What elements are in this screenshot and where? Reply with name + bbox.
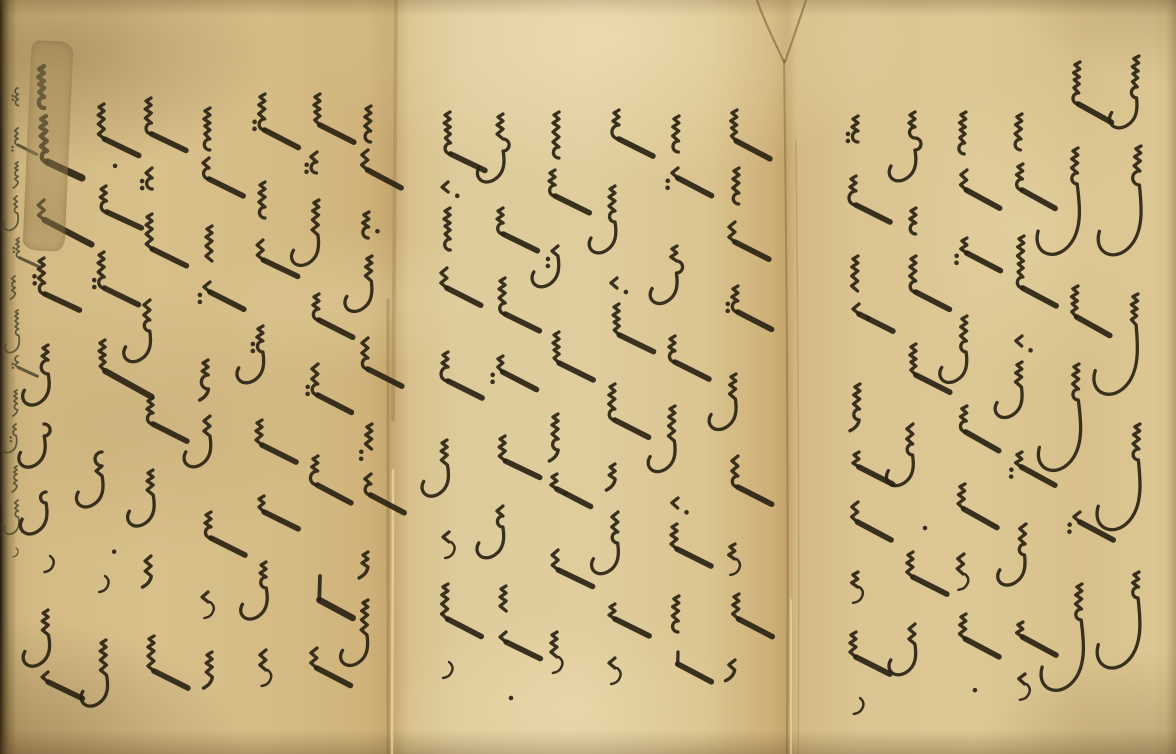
script-word bbox=[671, 524, 711, 566]
script-word bbox=[443, 532, 455, 558]
script-word bbox=[1015, 336, 1033, 353]
script-column bbox=[995, 114, 1058, 700]
script-word bbox=[730, 110, 771, 159]
script-word bbox=[203, 158, 243, 196]
script-word bbox=[443, 662, 453, 678]
script-word bbox=[13, 548, 18, 557]
script-word bbox=[105, 548, 116, 555]
manuscript-photo bbox=[0, 0, 1176, 754]
script-word bbox=[672, 116, 679, 152]
script-column bbox=[886, 112, 950, 675]
script-word bbox=[553, 112, 559, 158]
script-word bbox=[203, 652, 213, 688]
script-word bbox=[4, 310, 20, 353]
script-word bbox=[4, 500, 19, 534]
script-word bbox=[310, 648, 351, 686]
fold2-main bbox=[784, 60, 788, 754]
fold1-dark-flank bbox=[388, 300, 389, 754]
fold2-parallel bbox=[796, 140, 799, 754]
script-word bbox=[1096, 422, 1143, 531]
script-word bbox=[940, 315, 968, 383]
script-word bbox=[260, 650, 272, 686]
script-word bbox=[359, 424, 372, 462]
script-word bbox=[259, 496, 298, 529]
script-word bbox=[444, 111, 485, 171]
script-column bbox=[589, 110, 653, 684]
script-word bbox=[441, 268, 481, 305]
script-column bbox=[940, 112, 1001, 693]
script-word bbox=[553, 332, 593, 380]
script-column bbox=[76, 104, 151, 707]
fold1-ridge-light bbox=[392, 470, 393, 754]
script-word bbox=[889, 624, 916, 675]
script-word bbox=[256, 420, 296, 462]
script-word bbox=[1018, 674, 1031, 700]
script-word bbox=[725, 286, 772, 329]
script-word bbox=[147, 398, 187, 441]
script-word bbox=[11, 355, 37, 377]
fold2-fork-left bbox=[757, 0, 784, 62]
script-column bbox=[1093, 55, 1144, 669]
script-word bbox=[957, 484, 999, 528]
script-word bbox=[910, 344, 950, 392]
script-word bbox=[304, 152, 317, 175]
fold2-fork-right bbox=[785, 0, 806, 62]
script-word bbox=[591, 512, 618, 574]
script-word bbox=[1015, 164, 1057, 209]
script-word bbox=[441, 352, 482, 398]
script-word bbox=[42, 671, 82, 699]
script-word bbox=[850, 384, 860, 431]
panel-right bbox=[846, 55, 1144, 715]
script-word bbox=[669, 336, 709, 379]
script-column bbox=[291, 94, 354, 686]
script-word bbox=[305, 364, 352, 413]
script-word bbox=[252, 94, 299, 148]
script-word bbox=[671, 498, 689, 515]
script-column bbox=[124, 97, 188, 688]
script-word bbox=[80, 640, 108, 706]
panel-middle bbox=[421, 110, 773, 700]
script-word bbox=[1016, 622, 1057, 655]
script-word bbox=[441, 584, 482, 637]
script-word bbox=[198, 282, 244, 309]
script-word bbox=[2, 424, 17, 453]
script-word bbox=[499, 435, 540, 478]
script-word bbox=[612, 110, 653, 156]
script-word bbox=[956, 554, 969, 591]
script-word bbox=[500, 586, 506, 611]
script-word bbox=[966, 686, 977, 692]
script-word bbox=[205, 512, 245, 555]
script-word bbox=[609, 658, 621, 684]
script-word bbox=[954, 238, 1001, 271]
script-word bbox=[1067, 512, 1114, 540]
script-word bbox=[907, 552, 947, 594]
script-word bbox=[18, 424, 51, 467]
script-word bbox=[92, 252, 139, 305]
script-word bbox=[442, 182, 460, 199]
script-word bbox=[551, 474, 591, 507]
script-word bbox=[497, 208, 537, 251]
script-column bbox=[846, 116, 893, 714]
script-word bbox=[206, 226, 212, 261]
script-word bbox=[551, 632, 563, 673]
script-word bbox=[314, 94, 354, 142]
script-word bbox=[3, 196, 19, 231]
script-word bbox=[916, 524, 927, 530]
script-word bbox=[106, 162, 117, 168]
script-word bbox=[148, 636, 188, 688]
script-word bbox=[11, 88, 18, 106]
script-word bbox=[499, 278, 539, 331]
script-word bbox=[725, 660, 735, 681]
script-word bbox=[732, 594, 773, 637]
script-word bbox=[490, 356, 537, 390]
script-word bbox=[959, 614, 1000, 657]
script-word bbox=[1041, 583, 1085, 691]
script-word bbox=[851, 572, 864, 603]
script-word bbox=[364, 474, 405, 513]
script-column bbox=[1037, 62, 1114, 691]
script-word bbox=[995, 361, 1023, 417]
script-word bbox=[589, 186, 616, 253]
script-word bbox=[100, 185, 141, 229]
script-word bbox=[886, 424, 914, 486]
script-word bbox=[613, 304, 654, 352]
script-word bbox=[850, 632, 890, 674]
script-word bbox=[444, 208, 450, 250]
script-word bbox=[1093, 292, 1141, 396]
script-column bbox=[237, 94, 299, 686]
script-word bbox=[552, 549, 593, 587]
script-word bbox=[199, 360, 209, 400]
script-column bbox=[184, 108, 245, 688]
script-word bbox=[98, 104, 139, 157]
script-word bbox=[44, 556, 54, 572]
script-word bbox=[340, 599, 368, 666]
script-word bbox=[606, 464, 615, 490]
script-word bbox=[733, 168, 739, 204]
script-word bbox=[709, 373, 737, 429]
script-word bbox=[910, 208, 916, 234]
script-word bbox=[12, 466, 17, 492]
script-word bbox=[1014, 114, 1022, 150]
script-word bbox=[240, 562, 267, 619]
script-word bbox=[1109, 55, 1140, 129]
script-word bbox=[650, 245, 683, 304]
script-word bbox=[12, 390, 18, 416]
script-word bbox=[421, 440, 449, 496]
script-word bbox=[362, 212, 380, 239]
script-word bbox=[362, 338, 402, 386]
script-word bbox=[310, 456, 352, 503]
script-word bbox=[1070, 286, 1112, 336]
script-word bbox=[728, 544, 740, 575]
script-word bbox=[204, 108, 210, 150]
fold1-upper-soft bbox=[393, 0, 396, 420]
script-word bbox=[889, 112, 921, 181]
script-word bbox=[500, 632, 540, 659]
script-word bbox=[237, 326, 264, 383]
script-word bbox=[202, 592, 214, 618]
script-word bbox=[76, 452, 103, 507]
script-column bbox=[709, 110, 773, 681]
script-word bbox=[291, 199, 320, 266]
script-word bbox=[853, 304, 893, 331]
script-word bbox=[609, 604, 649, 636]
script-word bbox=[909, 256, 950, 309]
script-word bbox=[13, 162, 18, 188]
script-word bbox=[1097, 571, 1142, 669]
script-word bbox=[145, 97, 186, 151]
script-word bbox=[140, 168, 152, 190]
script-word bbox=[319, 576, 354, 618]
script-word bbox=[99, 576, 109, 592]
script-word bbox=[345, 255, 373, 312]
script-word bbox=[359, 552, 368, 578]
script-overlay bbox=[0, 0, 1176, 754]
script-word bbox=[502, 694, 513, 700]
script-word bbox=[22, 610, 50, 666]
script-word bbox=[648, 406, 676, 472]
script-word bbox=[849, 176, 890, 222]
script-word bbox=[672, 596, 679, 632]
script-word bbox=[1072, 62, 1114, 123]
script-word bbox=[10, 276, 15, 299]
script-column bbox=[477, 114, 540, 700]
script-column bbox=[421, 111, 485, 678]
script-word bbox=[1098, 144, 1144, 256]
script-word bbox=[851, 502, 892, 540]
script-word bbox=[997, 523, 1027, 586]
script-word bbox=[127, 470, 154, 526]
script-word bbox=[854, 698, 864, 714]
script-word bbox=[549, 170, 589, 213]
script-word bbox=[1038, 363, 1082, 471]
script-word bbox=[142, 556, 151, 587]
script-word bbox=[549, 414, 558, 461]
script-word bbox=[960, 170, 1001, 208]
script-word bbox=[365, 106, 371, 142]
script-word bbox=[259, 182, 265, 218]
script-column bbox=[648, 116, 712, 682]
script-word bbox=[146, 214, 186, 266]
script-word bbox=[477, 506, 504, 558]
script-word bbox=[20, 492, 47, 534]
script-word bbox=[609, 384, 649, 437]
script-column bbox=[532, 112, 593, 673]
script-word bbox=[852, 256, 858, 291]
script-word bbox=[729, 222, 769, 259]
script-word bbox=[958, 112, 966, 154]
script-word bbox=[846, 116, 858, 143]
script-word bbox=[677, 652, 712, 682]
script-word bbox=[611, 278, 628, 294]
script-word bbox=[124, 300, 151, 362]
script-word bbox=[313, 294, 353, 337]
script-word bbox=[665, 168, 712, 196]
script-word bbox=[732, 456, 772, 504]
